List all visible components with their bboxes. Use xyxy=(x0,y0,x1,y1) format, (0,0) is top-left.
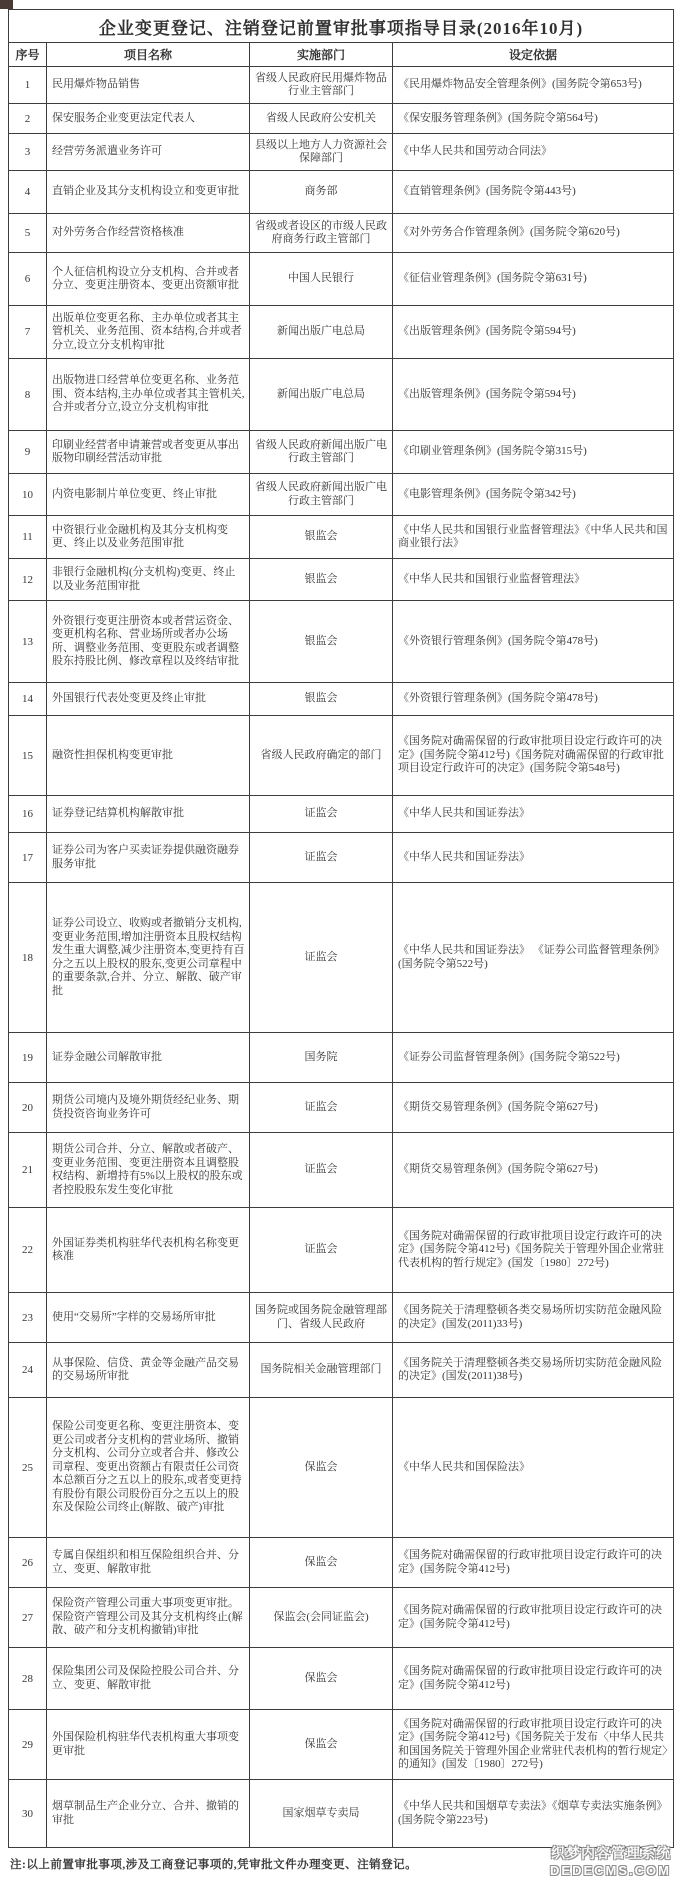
item-name: 内资电影制片单位变更、终止审批 xyxy=(47,474,250,516)
item-name: 外国银行代表处变更及终止审批 xyxy=(47,683,250,716)
implementing-department: 新闻出版广电总局 xyxy=(250,359,393,431)
setting-basis: 《中华人民共和国银行业监督管理法》《中华人民共和国商业银行法》 xyxy=(393,516,674,559)
table-row: 9 印刷业经营者申请兼营或者变更从事出版物印刷经营活动审批 省级人民政府新闻出版… xyxy=(9,431,674,474)
row-number: 18 xyxy=(9,883,47,1033)
setting-basis: 《保安服务管理条例》(国务院令第564号) xyxy=(393,104,674,134)
implementing-department: 证监会 xyxy=(250,796,393,833)
table-row: 24 从事保险、信贷、黄金等金融产品交易的交易场所审批 国务院相关金融管理部门 … xyxy=(9,1343,674,1398)
item-name: 外国证券类机构驻华代表机构名称变更核准 xyxy=(47,1208,250,1293)
footnote: 注:以上前置审批事项,涉及工商登记事项的,凭审批文件办理变更、注销登记。 xyxy=(10,1856,570,1872)
scan-corner-artifact xyxy=(0,0,13,9)
table-row: 25 保险公司变更名称、变更注册资本、变更公司或者分支机构的营业场所、撤销分支机… xyxy=(9,1398,674,1538)
table-row: 15 融资性担保机构变更审批 省级人民政府确定的部门 《国务院对确需保留的行政审… xyxy=(9,716,674,796)
row-number: 21 xyxy=(9,1133,47,1208)
table-row: 5 对外劳务合作经营资格核准 省级或者设区的市级人民政府商务行政主管部门 《对外… xyxy=(9,214,674,253)
item-name: 从事保险、信贷、黄金等金融产品交易的交易场所审批 xyxy=(47,1343,250,1398)
item-name: 证券公司设立、收购或者撤销分支机构,变更业务范围,增加注册资本且股权结构发生重大… xyxy=(47,883,250,1033)
item-name: 非银行金融机构(分支机构)变更、终止以及业务范围审批 xyxy=(47,559,250,601)
item-name: 证券登记结算机构解散审批 xyxy=(47,796,250,833)
setting-basis: 《出版管理条例》(国务院令第594号) xyxy=(393,306,674,359)
item-name: 期货公司合并、分立、解散或者破产、变更业务范围、变更注册资本且调整股权结构、新增… xyxy=(47,1133,250,1208)
setting-basis: 《国务院对确需保留的行政审批项目设定行政许可的决定》(国务院令第412号)《国务… xyxy=(393,1208,674,1293)
table-row: 29 外国保险机构驻华代表机构重大事项变更审批 保监会 《国务院对确需保留的行政… xyxy=(9,1710,674,1780)
table-row: 14 外国银行代表处变更及终止审批 银监会 《外资银行管理条例》(国务院令第47… xyxy=(9,683,674,716)
row-number: 10 xyxy=(9,474,47,516)
item-name: 保险集团公司及保险控股公司合并、分立、变更、解散审批 xyxy=(47,1648,250,1710)
table-row: 17 证券公司为客户买卖证券提供融资融券服务审批 证监会 《中华人民共和国证券法… xyxy=(9,833,674,883)
implementing-department: 国务院或国务院金融管理部门、省级人民政府 xyxy=(250,1293,393,1343)
table-row: 10 内资电影制片单位变更、终止审批 省级人民政府新闻出版广电行政主管部门 《电… xyxy=(9,474,674,516)
item-name: 期货公司境内及境外期货经纪业务、期货投资咨询业务许可 xyxy=(47,1083,250,1133)
implementing-department: 新闻出版广电总局 xyxy=(250,306,393,359)
setting-basis: 《中华人民共和国证券法》 《证券公司监督管理条例》(国务院令第522号) xyxy=(393,883,674,1033)
item-name: 民用爆炸物品销售 xyxy=(47,67,250,104)
title-row: 企业变更登记、注销登记前置审批事项指导目录(2016年10月) xyxy=(9,10,674,43)
row-number: 29 xyxy=(9,1710,47,1780)
dedecms-watermark: 织梦内容管理系统 DEDECMS.COM xyxy=(550,1845,671,1879)
table-body: 1 民用爆炸物品销售 省级人民政府民用爆炸物品行业主管部门 《民用爆炸物品安全管… xyxy=(9,67,674,1848)
item-name: 保险资产管理公司重大事项变更审批。保险资产管理公司及其分支机构终止(解散、破产和… xyxy=(47,1588,250,1648)
setting-basis: 《中华人民共和国证券法》 xyxy=(393,796,674,833)
column-header-department: 实施部门 xyxy=(250,43,393,67)
table-row: 28 保险集团公司及保险控股公司合并、分立、变更、解散审批 保监会 《国务院对确… xyxy=(9,1648,674,1710)
column-header-item-name: 项目名称 xyxy=(47,43,250,67)
implementing-department: 银监会 xyxy=(250,516,393,559)
watermark-english: DEDECMS.COM xyxy=(550,1863,671,1879)
row-number: 6 xyxy=(9,253,47,306)
setting-basis: 《外资银行管理条例》(国务院令第478号) xyxy=(393,601,674,683)
implementing-department: 证监会 xyxy=(250,1208,393,1293)
row-number: 24 xyxy=(9,1343,47,1398)
row-number: 1 xyxy=(9,67,47,104)
item-name: 直销企业及其分支机构设立和变更审批 xyxy=(47,171,250,214)
implementing-department: 保监会 xyxy=(250,1538,393,1588)
row-number: 11 xyxy=(9,516,47,559)
item-name: 融资性担保机构变更审批 xyxy=(47,716,250,796)
implementing-department: 国务院 xyxy=(250,1033,393,1083)
item-name: 经营劳务派遣业务许可 xyxy=(47,134,250,171)
setting-basis: 《国务院对确需保留的行政审批项目设定行政许可的决定》(国务院令第412号) xyxy=(393,1648,674,1710)
table-row: 8 出版物进口经营单位变更名称、业务范围、资本结构,主办单位或者其主管机关,合并… xyxy=(9,359,674,431)
row-number: 25 xyxy=(9,1398,47,1538)
setting-basis: 《电影管理条例》(国务院令第342号) xyxy=(393,474,674,516)
row-number: 12 xyxy=(9,559,47,601)
implementing-department: 省级或者设区的市级人民政府商务行政主管部门 xyxy=(250,214,393,253)
table-row: 20 期货公司境内及境外期货经纪业务、期货投资咨询业务许可 证监会 《期货交易管… xyxy=(9,1083,674,1133)
row-number: 2 xyxy=(9,104,47,134)
table-row: 12 非银行金融机构(分支机构)变更、终止以及业务范围审批 银监会 《中华人民共… xyxy=(9,559,674,601)
setting-basis: 《国务院关于清理整顿各类交易场所切实防范金融风险的决定》(国发(2011)38号… xyxy=(393,1343,674,1398)
setting-basis: 《中华人民共和国烟草专卖法》《烟草专卖法实施条例》(国务院令第223号) xyxy=(393,1780,674,1848)
table-row: 30 烟草制品生产企业分立、合并、撤销的审批 国家烟草专卖局 《中华人民共和国烟… xyxy=(9,1780,674,1848)
implementing-department: 银监会 xyxy=(250,683,393,716)
item-name: 证券金融公司解散审批 xyxy=(47,1033,250,1083)
setting-basis: 《国务院关于清理整顿各类交易场所切实防范金融风险的决定》(国发(2011)33号… xyxy=(393,1293,674,1343)
table-row: 7 出版单位变更名称、主办单位或者其主管机关、业务范围、资本结构,合并或者分立,… xyxy=(9,306,674,359)
table-row: 27 保险资产管理公司重大事项变更审批。保险资产管理公司及其分支机构终止(解散、… xyxy=(9,1588,674,1648)
implementing-department: 保监会 xyxy=(250,1648,393,1710)
table-row: 1 民用爆炸物品销售 省级人民政府民用爆炸物品行业主管部门 《民用爆炸物品安全管… xyxy=(9,67,674,104)
implementing-department: 国家烟草专卖局 xyxy=(250,1780,393,1848)
table-row: 2 保安服务企业变更法定代表人 省级人民政府公安机关 《保安服务管理条例》(国务… xyxy=(9,104,674,134)
table-row: 22 外国证券类机构驻华代表机构名称变更核准 证监会 《国务院对确需保留的行政审… xyxy=(9,1208,674,1293)
implementing-department: 国务院相关金融管理部门 xyxy=(250,1343,393,1398)
item-name: 保安服务企业变更法定代表人 xyxy=(47,104,250,134)
table-row: 18 证券公司设立、收购或者撤销分支机构,变更业务范围,增加注册资本且股权结构发… xyxy=(9,883,674,1033)
row-number: 22 xyxy=(9,1208,47,1293)
page-title: 企业变更登记、注销登记前置审批事项指导目录(2016年10月) xyxy=(9,10,674,43)
row-number: 7 xyxy=(9,306,47,359)
row-number: 23 xyxy=(9,1293,47,1343)
implementing-department: 县级以上地方人力资源社会保障部门 xyxy=(250,134,393,171)
row-number: 28 xyxy=(9,1648,47,1710)
implementing-department: 银监会 xyxy=(250,601,393,683)
setting-basis: 《民用爆炸物品安全管理条例》(国务院令第653号) xyxy=(393,67,674,104)
setting-basis: 《国务院对确需保留的行政审批项目设定行政许可的决定》(国务院令第412号)《国务… xyxy=(393,716,674,796)
setting-basis: 《直销管理条例》(国务院令第443号) xyxy=(393,171,674,214)
row-number: 5 xyxy=(9,214,47,253)
item-name: 保险公司变更名称、变更注册资本、变更公司或者分支机构的营业场所、撤销分支机构、公… xyxy=(47,1398,250,1538)
row-number: 27 xyxy=(9,1588,47,1648)
item-name: 烟草制品生产企业分立、合并、撤销的审批 xyxy=(47,1780,250,1848)
implementing-department: 证监会 xyxy=(250,1083,393,1133)
implementing-department: 中国人民银行 xyxy=(250,253,393,306)
setting-basis: 《国务院对确需保留的行政审批项目设定行政许可的决定》(国务院令第412号) xyxy=(393,1588,674,1648)
table-row: 11 中资银行业金融机构及其分支机构变更、终止以及业务范围审批 银监会 《中华人… xyxy=(9,516,674,559)
row-number: 30 xyxy=(9,1780,47,1848)
setting-basis: 《征信业管理条例》(国务院令第631号) xyxy=(393,253,674,306)
setting-basis: 《期货交易管理条例》(国务院令第627号) xyxy=(393,1133,674,1208)
table-row: 16 证券登记结算机构解散审批 证监会 《中华人民共和国证券法》 xyxy=(9,796,674,833)
implementing-department: 省级人民政府确定的部门 xyxy=(250,716,393,796)
item-name: 出版单位变更名称、主办单位或者其主管机关、业务范围、资本结构,合并或者分立,设立… xyxy=(47,306,250,359)
table-row: 19 证券金融公司解散审批 国务院 《证券公司监督管理条例》(国务院令第522号… xyxy=(9,1033,674,1083)
item-name: 对外劳务合作经营资格核准 xyxy=(47,214,250,253)
item-name: 证券公司为客户买卖证券提供融资融券服务审批 xyxy=(47,833,250,883)
implementing-department: 保监会(会同证监会) xyxy=(250,1588,393,1648)
setting-basis: 《印刷业管理条例》(国务院令第315号) xyxy=(393,431,674,474)
row-number: 17 xyxy=(9,833,47,883)
implementing-department: 证监会 xyxy=(250,883,393,1033)
table-row: 4 直销企业及其分支机构设立和变更审批 商务部 《直销管理条例》(国务院令第44… xyxy=(9,171,674,214)
approval-items-table: 企业变更登记、注销登记前置审批事项指导目录(2016年10月) 序号 项目名称 … xyxy=(8,9,674,1848)
implementing-department: 省级人民政府公安机关 xyxy=(250,104,393,134)
setting-basis: 《对外劳务合作管理条例》(国务院令第620号) xyxy=(393,214,674,253)
column-header-basis: 设定依据 xyxy=(393,43,674,67)
row-number: 15 xyxy=(9,716,47,796)
watermark-chinese: 织梦内容管理系统 xyxy=(550,1845,671,1863)
row-number: 3 xyxy=(9,134,47,171)
header-row: 序号 项目名称 实施部门 设定依据 xyxy=(9,43,674,67)
row-number: 19 xyxy=(9,1033,47,1083)
item-name: 中资银行业金融机构及其分支机构变更、终止以及业务范围审批 xyxy=(47,516,250,559)
setting-basis: 《国务院对确需保留的行政审批项目设定行政许可的决定》(国务院令第412号) xyxy=(393,1538,674,1588)
implementing-department: 商务部 xyxy=(250,171,393,214)
setting-basis: 《证券公司监督管理条例》(国务院令第522号) xyxy=(393,1033,674,1083)
table-row: 26 专属自保组织和相互保险组织合并、分立、变更、解散审批 保监会 《国务院对确… xyxy=(9,1538,674,1588)
implementing-department: 证监会 xyxy=(250,1133,393,1208)
row-number: 9 xyxy=(9,431,47,474)
setting-basis: 《中华人民共和国保险法》 xyxy=(393,1398,674,1538)
setting-basis: 《国务院对确需保留的行政审批项目设定行政许可的决定》(国务院令第412号)《国务… xyxy=(393,1710,674,1780)
item-name: 个人征信机构设立分支机构、合并或者分立、变更注册资本、变更出资额审批 xyxy=(47,253,250,306)
table-row: 21 期货公司合并、分立、解散或者破产、变更业务范围、变更注册资本且调整股权结构… xyxy=(9,1133,674,1208)
implementing-department: 省级人民政府新闻出版广电行政主管部门 xyxy=(250,474,393,516)
row-number: 13 xyxy=(9,601,47,683)
item-name: 出版物进口经营单位变更名称、业务范围、资本结构,主办单位或者其主管机关,合并或者… xyxy=(47,359,250,431)
setting-basis: 《期货交易管理条例》(国务院令第627号) xyxy=(393,1083,674,1133)
row-number: 8 xyxy=(9,359,47,431)
implementing-department: 省级人民政府民用爆炸物品行业主管部门 xyxy=(250,67,393,104)
implementing-department: 证监会 xyxy=(250,833,393,883)
implementing-department: 省级人民政府新闻出版广电行政主管部门 xyxy=(250,431,393,474)
item-name: 外资银行变更注册资本或者营运资金、变更机构名称、营业场所或者办公场所、调整业务范… xyxy=(47,601,250,683)
table-row: 13 外资银行变更注册资本或者营运资金、变更机构名称、营业场所或者办公场所、调整… xyxy=(9,601,674,683)
setting-basis: 《中华人民共和国劳动合同法》 xyxy=(393,134,674,171)
setting-basis: 《中华人民共和国证券法》 xyxy=(393,833,674,883)
implementing-department: 保监会 xyxy=(250,1710,393,1780)
item-name: 外国保险机构驻华代表机构重大事项变更审批 xyxy=(47,1710,250,1780)
row-number: 14 xyxy=(9,683,47,716)
table-row: 23 使用“交易所”字样的交易场所审批 国务院或国务院金融管理部门、省级人民政府… xyxy=(9,1293,674,1343)
item-name: 专属自保组织和相互保险组织合并、分立、变更、解散审批 xyxy=(47,1538,250,1588)
item-name: 印刷业经营者申请兼营或者变更从事出版物印刷经营活动审批 xyxy=(47,431,250,474)
column-header-no: 序号 xyxy=(9,43,47,67)
implementing-department: 银监会 xyxy=(250,559,393,601)
table-row: 6 个人征信机构设立分支机构、合并或者分立、变更注册资本、变更出资额审批 中国人… xyxy=(9,253,674,306)
row-number: 4 xyxy=(9,171,47,214)
setting-basis: 《中华人民共和国银行业监督管理法》 xyxy=(393,559,674,601)
implementing-department: 保监会 xyxy=(250,1398,393,1538)
row-number: 16 xyxy=(9,796,47,833)
setting-basis: 《外资银行管理条例》(国务院令第478号) xyxy=(393,683,674,716)
table-row: 3 经营劳务派遣业务许可 县级以上地方人力资源社会保障部门 《中华人民共和国劳动… xyxy=(9,134,674,171)
row-number: 26 xyxy=(9,1538,47,1588)
item-name: 使用“交易所”字样的交易场所审批 xyxy=(47,1293,250,1343)
setting-basis: 《出版管理条例》(国务院令第594号) xyxy=(393,359,674,431)
row-number: 20 xyxy=(9,1083,47,1133)
